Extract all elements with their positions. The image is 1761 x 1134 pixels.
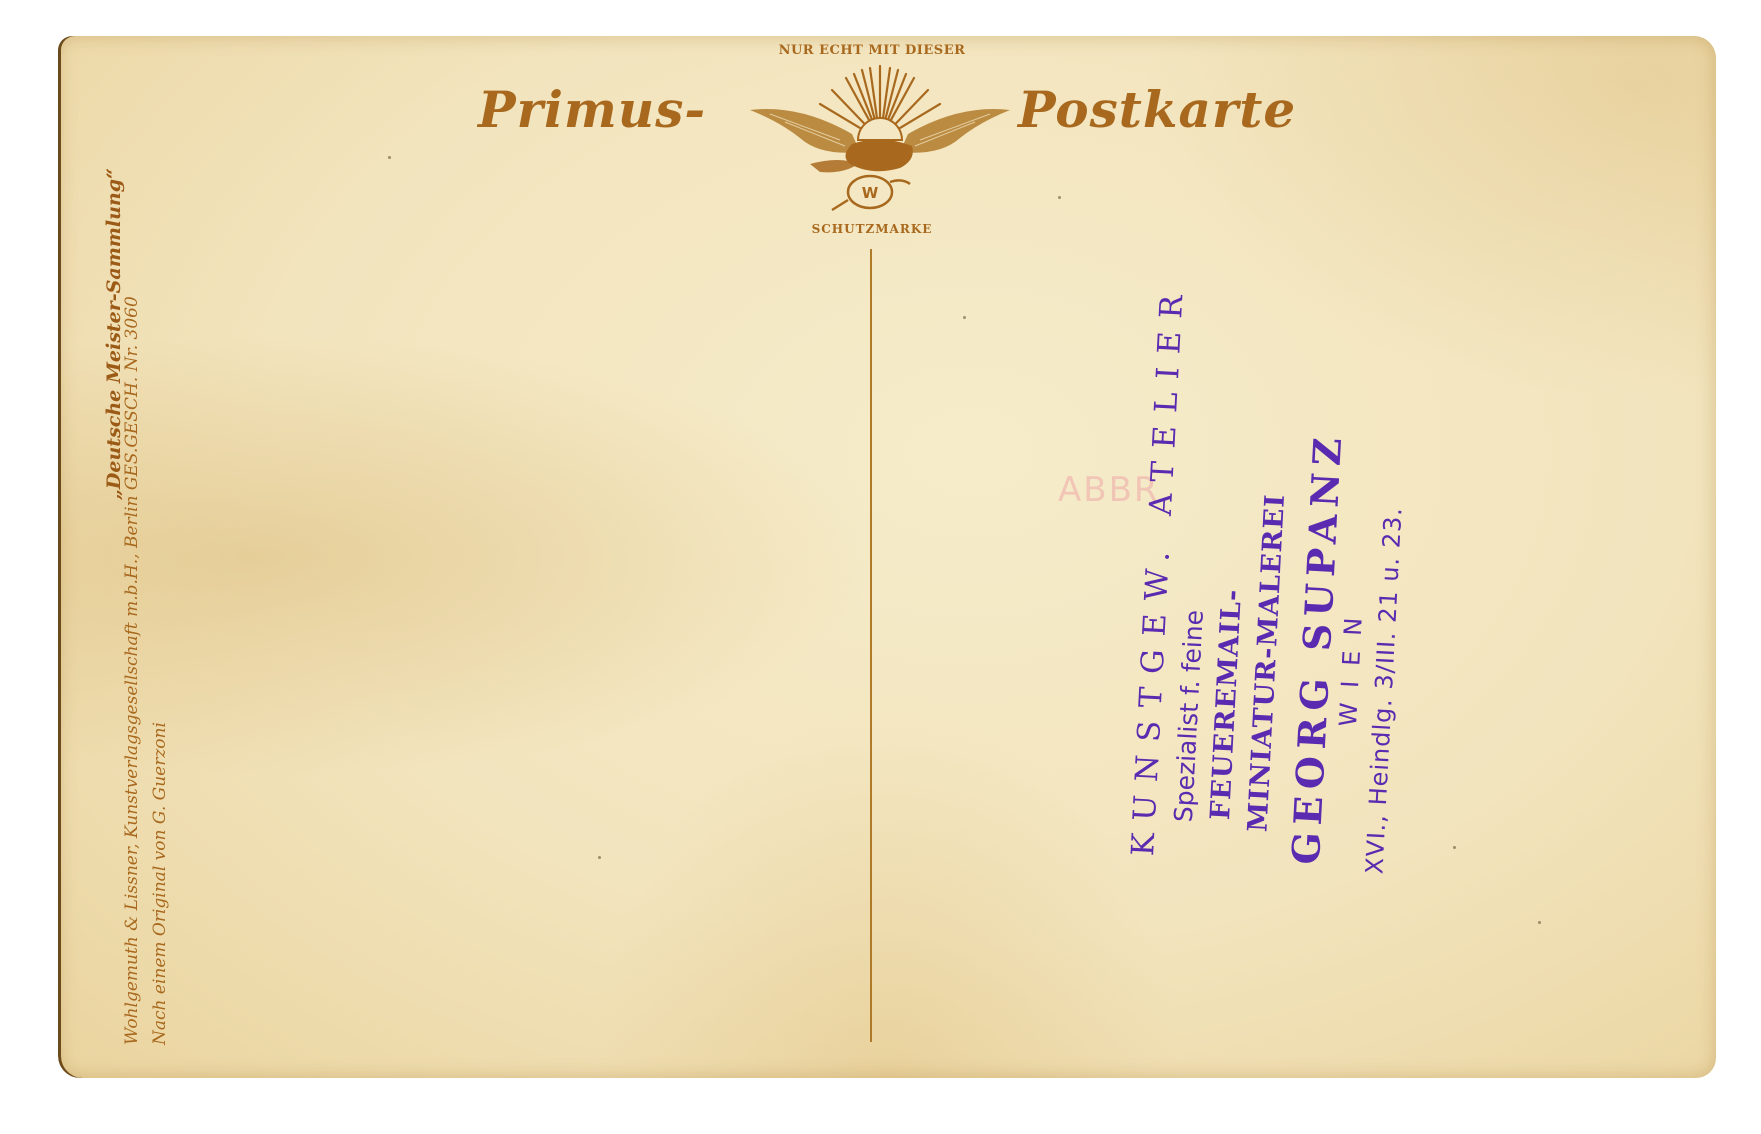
title-primus: Primus- — [478, 80, 706, 139]
atelier-rubber-stamp: KUNSTGEW. ATELIER Spezialist f. feine FE… — [1125, 281, 1419, 869]
original-credit: Nach einem Original von G. Guerzoni — [150, 722, 170, 1045]
paper-speck — [1453, 846, 1456, 849]
paper-speck — [1058, 196, 1061, 199]
svg-text:W: W — [862, 184, 879, 202]
paper-speck — [388, 156, 391, 159]
eagle-with-rising-sun-icon: W — [740, 60, 1020, 220]
paper-speck — [1538, 921, 1541, 924]
address-divider-line — [870, 249, 872, 1042]
paper-speck — [598, 856, 601, 859]
publisher-imprint: Wohlgemuth & Lissner, Kunstverlagsgesell… — [122, 296, 142, 1045]
header-top-line: NUR ECHT MIT DIESER — [742, 43, 1002, 58]
title-postkarte: Postkarte — [1018, 80, 1296, 139]
trademark-label: SCHUTZMARKE — [742, 222, 1002, 236]
paper-speck — [963, 316, 966, 319]
